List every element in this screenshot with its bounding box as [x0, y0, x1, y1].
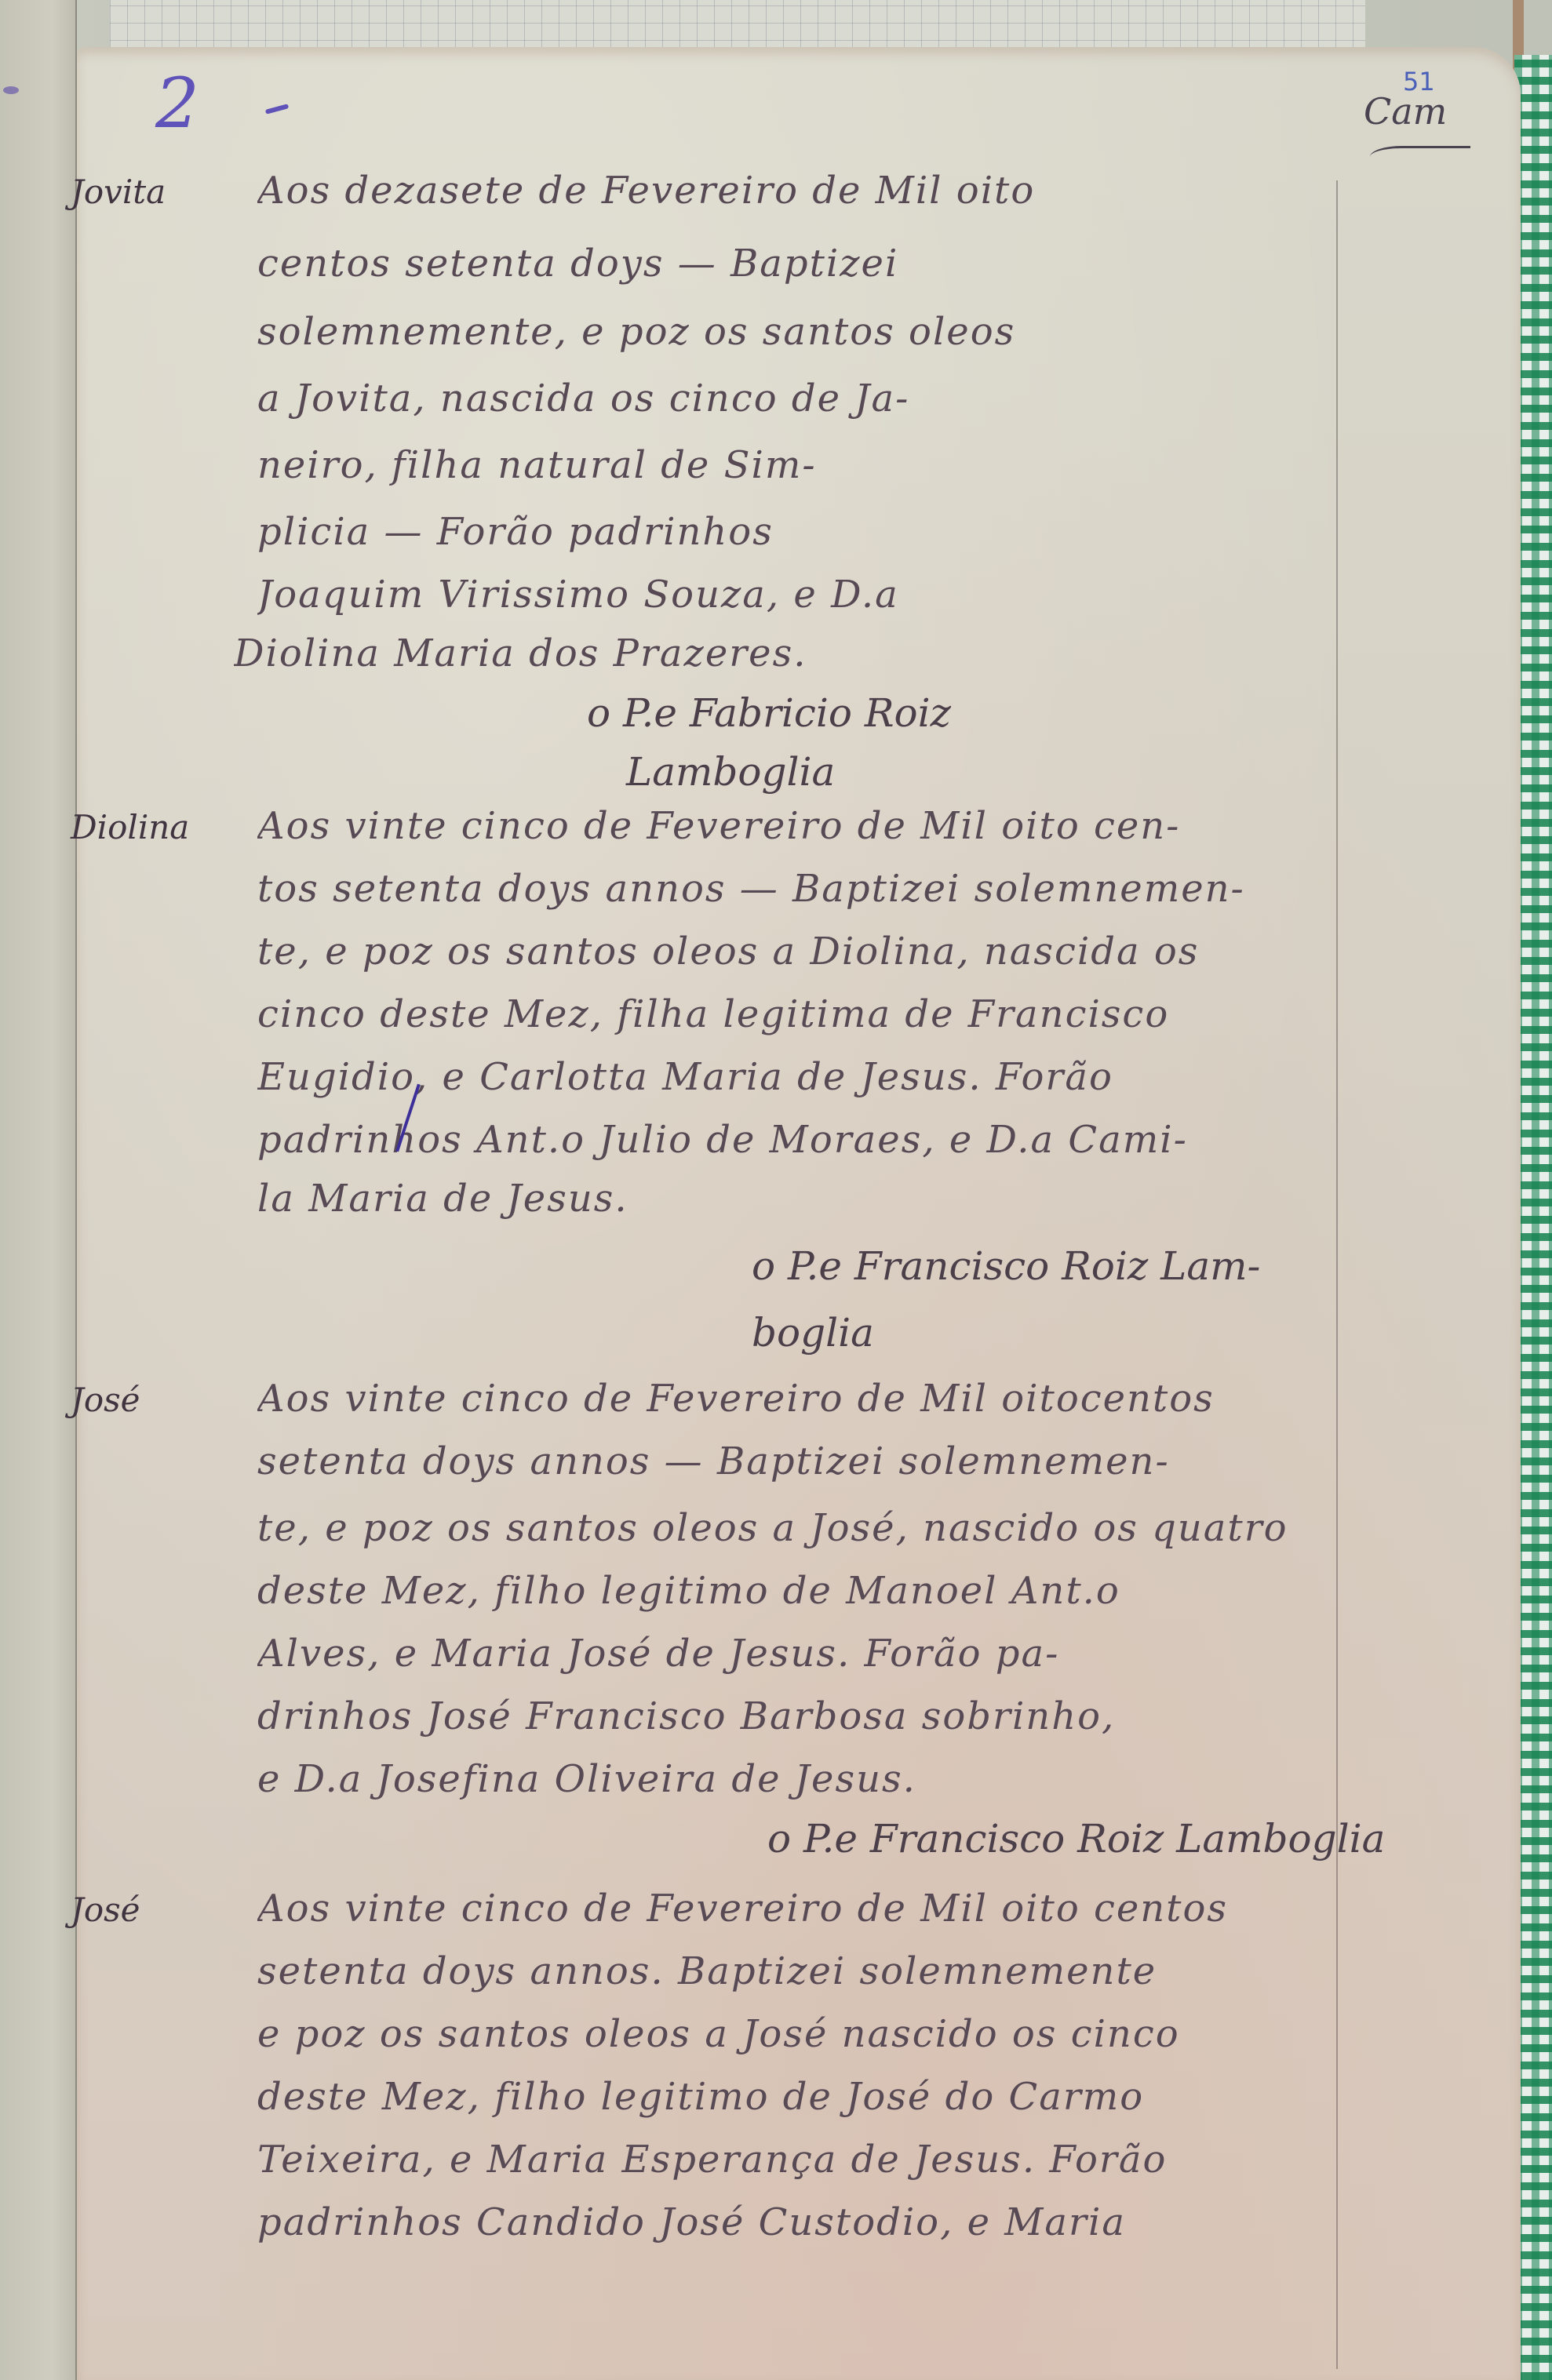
entry-1-signature-2: Lamboglia: [626, 749, 835, 795]
folio-mark-dash: [265, 104, 290, 115]
entry-2-signature-2: boglia: [752, 1310, 874, 1356]
entry-2-line-6: padrinhos Ant.o Julio de Moraes, e D.a C…: [257, 1118, 1340, 1162]
entry-1-line-8: Diolina Maria dos Prazeres.: [234, 631, 1317, 675]
entry-1-line-7: Joaquim Virissimo Souza, e D.a: [257, 573, 1340, 617]
entry-1-line-2: centos setenta doys — Baptizei: [257, 242, 1340, 286]
ink-blot: [3, 86, 19, 94]
entry-2-line-4: cinco deste Mez, filha legitima de Franc…: [257, 992, 1340, 1036]
register-page: 2 51 Cam Jovita Aos dezasete de Fevereir…: [77, 47, 1521, 2380]
margin-name-entry-3: José: [71, 1381, 140, 1419]
entry-1-line-4: a Jovita, nascida os cinco de Ja-: [257, 377, 1340, 420]
entry-3-line-7: e D.a Josefina Oliveira de Jesus.: [257, 1757, 1340, 1801]
entry-4-line-4: deste Mez, filho legitimo de José do Car…: [257, 2075, 1340, 2119]
entry-4-line-3: e poz os santos oleos a José nascido os …: [257, 2012, 1340, 2056]
entry-1-line-1: Aos dezasete de Fevereiro de Mil oito: [257, 169, 1340, 213]
entry-4-line-1: Aos vinte cinco de Fevereiro de Mil oito…: [257, 1887, 1340, 1931]
entry-3-line-5: Alves, e Maria José de Jesus. Forão pa-: [257, 1632, 1340, 1676]
margin-name-entry-4: José: [71, 1891, 140, 1929]
entry-3-line-3: te, e poz os santos oleos a José, nascid…: [257, 1506, 1340, 1550]
entry-4-line-5: Teixeira, e Maria Esperança de Jesus. Fo…: [257, 2138, 1340, 2182]
entry-2-line-2: tos setenta doys annos — Baptizei solemn…: [257, 867, 1340, 911]
entry-3-line-4: deste Mez, filho legitimo de Manoel Ant.…: [257, 1569, 1340, 1613]
entry-3-line-6: drinhos José Francisco Barbosa sobrinho,: [257, 1694, 1340, 1738]
margin-name-entry-2: Diolina: [71, 808, 189, 846]
entry-3-signature-1: o P.e Francisco Roiz Lamboglia: [767, 1816, 1385, 1861]
entry-1-signature-1: o P.e Fabricio Roiz: [587, 690, 951, 736]
entry-1-line-6: plicia — Forão padrinhos: [257, 510, 1340, 554]
entry-4-line-2: setenta doys annos. Baptizei solemnement…: [257, 1949, 1340, 1993]
folio-mark: 2: [155, 63, 199, 144]
entry-2-line-7: la Maria de Jesus.: [257, 1177, 1340, 1221]
margin-name-entry-1: Jovita: [71, 173, 166, 211]
parish-underline: [1370, 146, 1470, 159]
entry-2-signature-1: o P.e Francisco Roiz Lam-: [752, 1243, 1260, 1289]
parish-abbreviation: Cam: [1364, 90, 1447, 133]
facing-page-strip: [0, 0, 77, 2380]
entry-2-line-5: Eugidio, e Carlotta Maria de Jesus. Forã…: [257, 1055, 1340, 1099]
entry-3-line-1: Aos vinte cinco de Fevereiro de Mil oito…: [257, 1377, 1340, 1421]
entry-2-line-1: Aos vinte cinco de Fevereiro de Mil oito…: [257, 804, 1340, 848]
entry-4-line-6: padrinhos Candido José Custodio, e Maria: [257, 2200, 1340, 2244]
entry-3-line-2: setenta doys annos — Baptizei solemnemen…: [257, 1439, 1340, 1483]
entry-2-line-3: te, e poz os santos oleos a Diolina, nas…: [257, 930, 1340, 973]
entry-1-line-5: neiro, filha natural de Sim-: [257, 443, 1340, 487]
entry-1-line-3: solemnemente, e poz os santos oleos: [257, 310, 1340, 354]
